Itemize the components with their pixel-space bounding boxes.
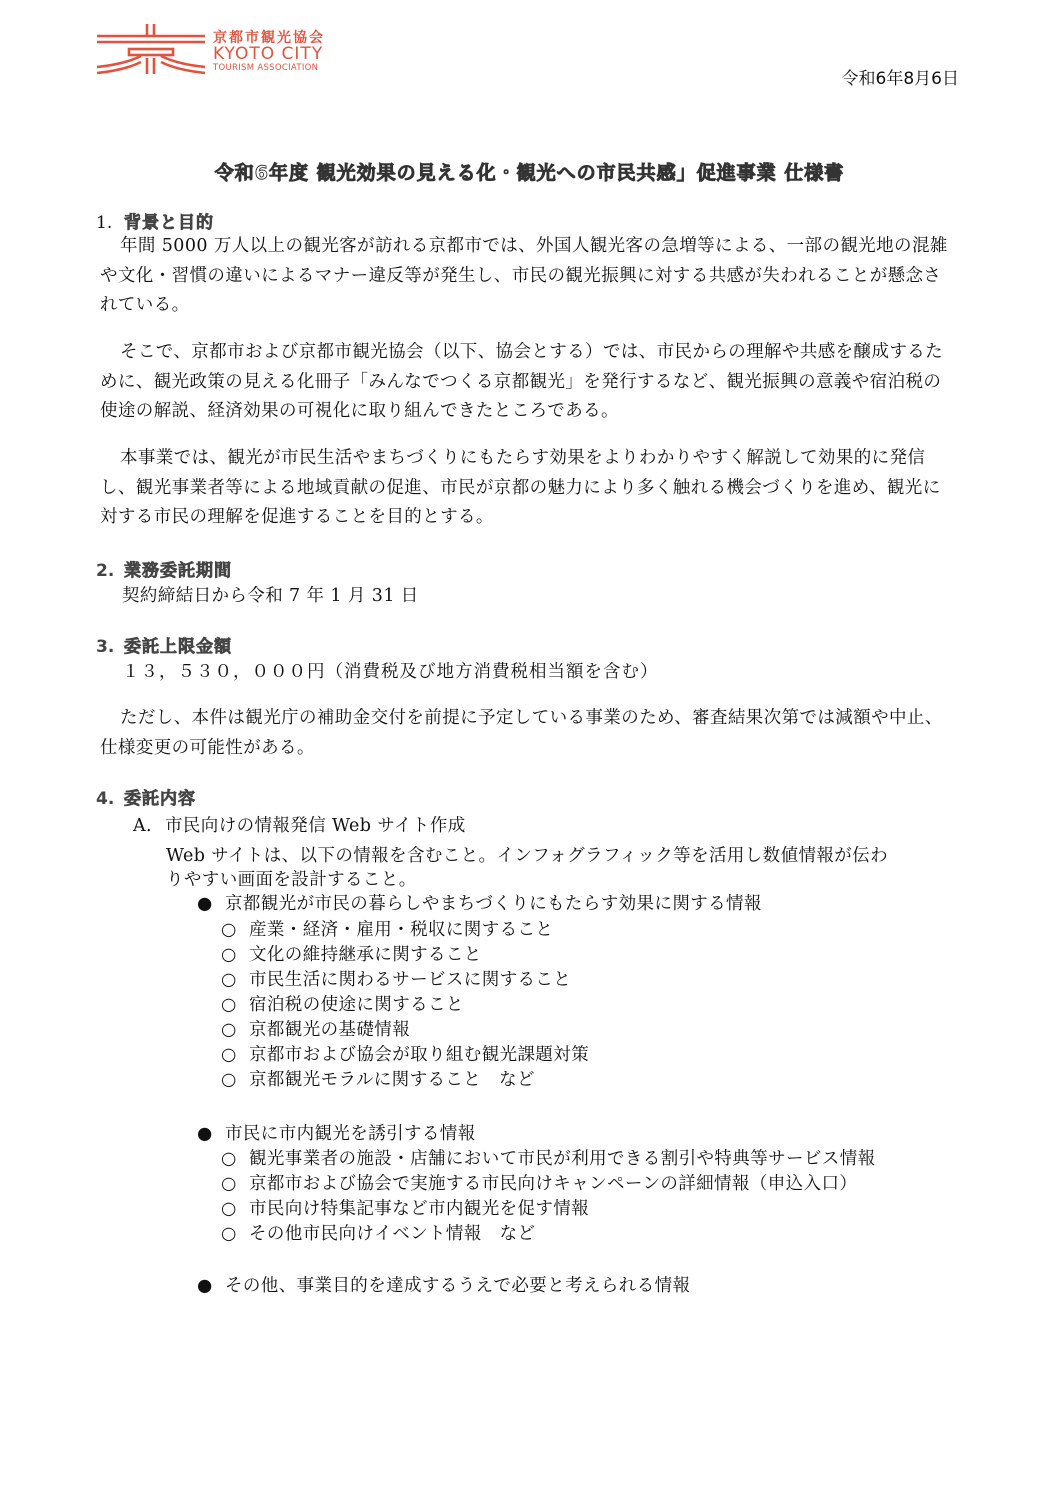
document-title: 令和6年度 観光効果の見える化・観光への市民共感」促進事業 仕様書	[0, 158, 1059, 185]
list-item-text: 市民生活に関わるサービスに関すること	[249, 970, 571, 990]
list-item: ○文化の維持継承に関すること	[221, 941, 482, 966]
circle-bullet-icon: ○	[221, 1224, 249, 1244]
list-item-text: 文化の維持継承に関すること	[249, 945, 482, 965]
bullet-group-title: 市民に市内観光を誘引する情報	[225, 1124, 476, 1144]
bullet-group-title: 京都観光が市民の暮らしやまちづくりにもたらす効果に関する情報	[225, 894, 762, 914]
circle-bullet-icon: ○	[221, 1045, 249, 1065]
section-title: 業務委託期間	[124, 561, 232, 581]
bullet-group-effects: ●京都観光が市民の暮らしやまちづくりにもたらす効果に関する情報	[197, 890, 762, 915]
section-title: 委託内容	[124, 789, 196, 809]
section-2-heading: 2.業務委託期間	[96, 556, 232, 581]
bullet-group-citizen-tourism: ●市民に市内観光を誘引する情報	[197, 1120, 476, 1145]
subsection-a-heading: A.市民向けの情報発信 Web サイト作成	[133, 812, 466, 837]
list-item-text: 京都観光モラルに関すること など	[249, 1070, 535, 1090]
kyoto-city-tourism-logo: 京都市観光協会 KYOTO CITY TOURISM ASSOCIATION	[95, 22, 355, 77]
filled-bullet-icon: ●	[197, 1276, 225, 1296]
section-number: 3.	[96, 637, 124, 657]
document-date: 令和6年8月6日	[842, 64, 959, 89]
circle-bullet-icon: ○	[221, 1070, 249, 1090]
section-4-heading: 4.委託内容	[96, 784, 196, 809]
bullet-group-title: その他、事業目的を達成するうえで必要と考えられる情報	[225, 1276, 690, 1296]
list-item: ○京都市および協会が取り組む観光課題対策	[221, 1041, 589, 1066]
list-item: ○市民向け特集記事など市内観光を促す情報	[221, 1195, 589, 1220]
list-item-text: 市民向け特集記事など市内観光を促す情報	[249, 1199, 589, 1219]
subsection-label: A.	[133, 816, 165, 836]
list-item-text: 観光事業者の施設・店舗において市民が利用できる割引や特典等サービス情報	[249, 1149, 876, 1169]
section-number: 4.	[96, 789, 124, 809]
circle-bullet-icon: ○	[221, 945, 249, 965]
subsection-description-line-2: りやすい画面を設計すること。	[166, 866, 417, 891]
paragraph-purpose: 本事業では、観光が市民生活やまちづくりにもたらす効果をよりわかりやすく解説して効…	[100, 444, 950, 533]
list-item-text: 宿泊税の使途に関すること	[249, 995, 464, 1015]
bullet-group-other: ●その他、事業目的を達成するうえで必要と考えられる情報	[197, 1272, 690, 1297]
filled-bullet-icon: ●	[197, 894, 225, 914]
logo-name-english: KYOTO CITY	[213, 46, 325, 63]
paragraph-initiatives: そこで、京都市および京都市観光協会（以下、協会とする）では、市民からの理解や共感…	[100, 338, 950, 427]
list-item: ○京都市および協会で実施する市民向けキャンペーンの詳細情報（申込入口）	[221, 1170, 857, 1195]
paragraph-background: 年間 5000 万人以上の観光客が訪れる京都市では、外国人観光客の急増等による、…	[100, 232, 950, 321]
list-item: ○市民生活に関わるサービスに関すること	[221, 966, 571, 991]
circle-bullet-icon: ○	[221, 1174, 249, 1194]
list-item: ○京都観光の基礎情報	[221, 1016, 410, 1041]
subsection-description-line-1: Web サイトは、以下の情報を含むこと。インフォグラフィック等を活用し数値情報が…	[166, 842, 888, 867]
contract-period: 契約締結日から令和 7 年 1 月 31 日	[122, 582, 419, 607]
list-item: ○その他市民向けイベント情報 など	[221, 1220, 535, 1245]
contract-amount: １３，５３０，０００円（消費税及び地方消費税相当額を含む）	[122, 658, 659, 683]
section-number: 1.	[96, 213, 124, 233]
section-title: 背景と目的	[124, 213, 214, 233]
paragraph-amount-note: ただし、本件は観光庁の補助金交付を前提に予定している事業のため、審査結果次第では…	[100, 704, 950, 763]
section-3-heading: 3.委託上限金額	[96, 632, 232, 657]
section-title: 委託上限金額	[124, 637, 232, 657]
list-item: ○産業・経済・雇用・税収に関すること	[221, 916, 553, 941]
logo-subtitle-english: TOURISM ASSOCIATION	[213, 63, 325, 73]
circle-bullet-icon: ○	[221, 1020, 249, 1040]
circle-bullet-icon: ○	[221, 920, 249, 940]
circle-bullet-icon: ○	[221, 1149, 249, 1169]
list-item: ○京都観光モラルに関すること など	[221, 1066, 535, 1091]
section-1-heading: 1.背景と目的	[96, 208, 214, 233]
circle-bullet-icon: ○	[221, 970, 249, 990]
list-item: ○宿泊税の使途に関すること	[221, 991, 464, 1016]
list-item: ○観光事業者の施設・店舗において市民が利用できる割引や特典等サービス情報	[221, 1145, 876, 1170]
list-item-text: 京都市および協会で実施する市民向けキャンペーンの詳細情報（申込入口）	[249, 1174, 857, 1194]
list-item-text: その他市民向けイベント情報 など	[249, 1224, 535, 1244]
circle-bullet-icon: ○	[221, 995, 249, 1015]
subsection-title: 市民向けの情報発信 Web サイト作成	[165, 816, 466, 836]
section-number: 2.	[96, 561, 124, 581]
filled-bullet-icon: ●	[197, 1124, 225, 1144]
kyoto-logo-mark-icon	[95, 22, 207, 77]
circle-bullet-icon: ○	[221, 1199, 249, 1219]
list-item-text: 京都市および協会が取り組む観光課題対策	[249, 1045, 589, 1065]
list-item-text: 産業・経済・雇用・税収に関すること	[249, 920, 553, 940]
list-item-text: 京都観光の基礎情報	[249, 1020, 410, 1040]
